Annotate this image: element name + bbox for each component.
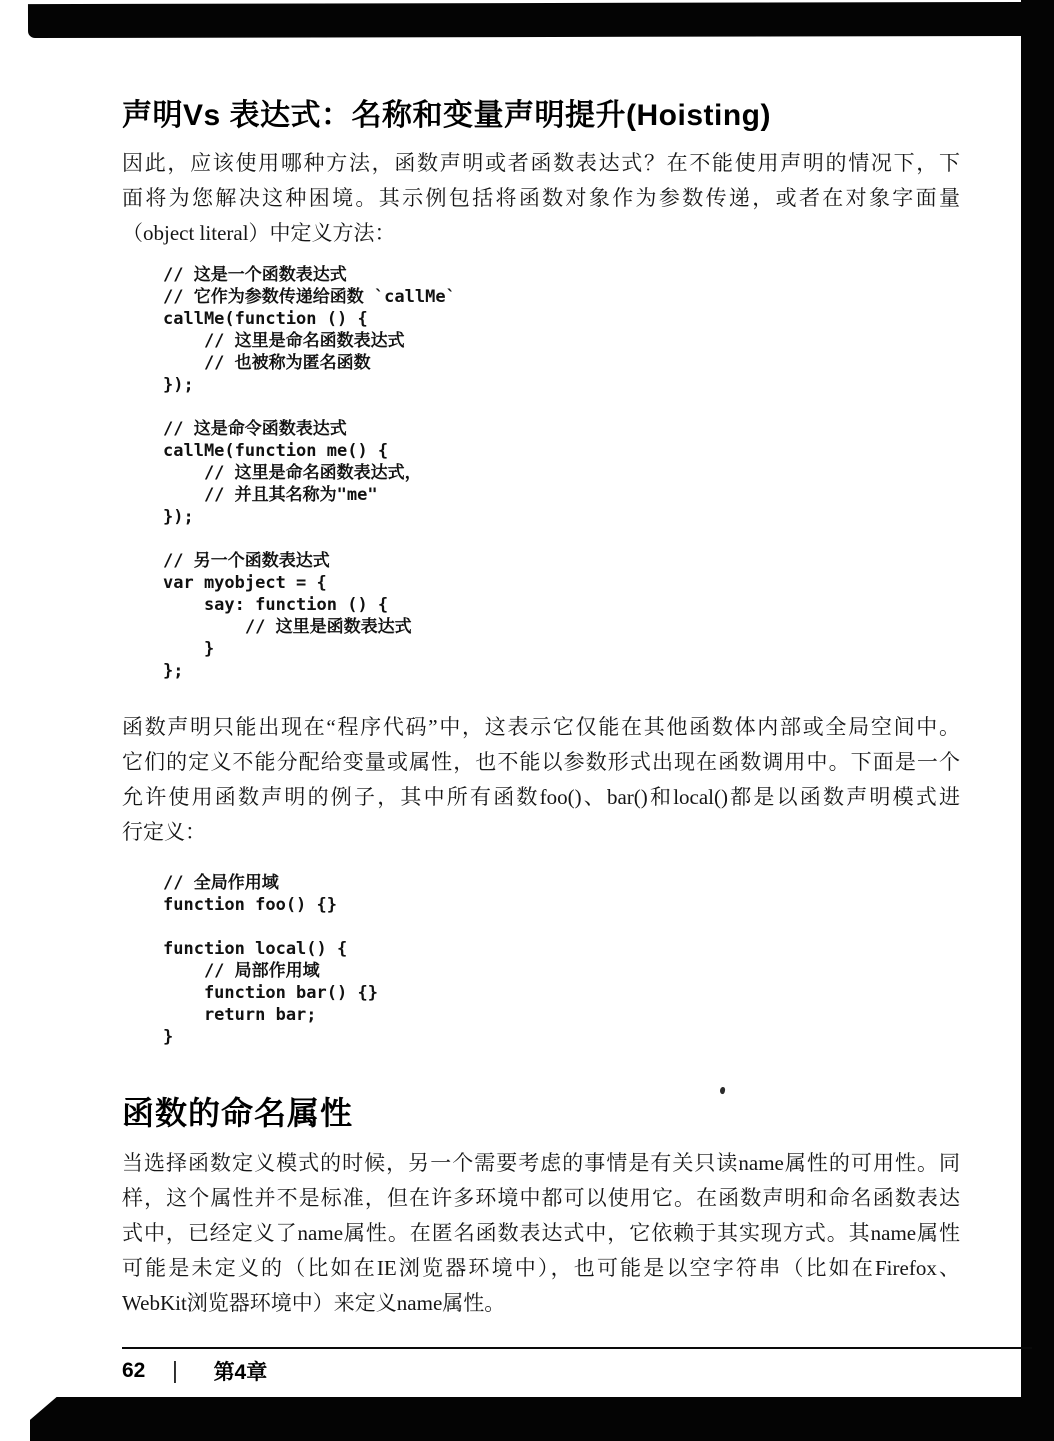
footer-divider: | xyxy=(172,1358,177,1384)
text-line: 当选择函数定义模式的时候，另一个需要考虑的事情是有关只读name属性的可用性。同 xyxy=(122,1146,960,1181)
text-line: 式中，已经定义了name属性。在匿名函数表达式中，它依赖于其实现方式。其name… xyxy=(122,1216,960,1251)
page-footer: 62 | 第4章 xyxy=(122,1356,267,1386)
code-block-function-declarations: // 全局作用域 function foo() {} function loca… xyxy=(163,872,378,1048)
section-heading-name-property: 函数的命名属性 xyxy=(122,1088,353,1134)
footer-rule xyxy=(122,1347,1032,1349)
scan-border-bottom xyxy=(30,1397,1054,1441)
text-line: WebKit浏览器环境中）来定义name属性。 xyxy=(122,1286,960,1321)
scan-border-top xyxy=(28,2,1054,38)
text-line: 它们的定义不能分配给变量或属性，也不能以参数形式出现在函数调用中。下面是一个 xyxy=(122,745,960,780)
code-block-function-expressions: // 这是一个函数表达式 // 它作为参数传递给函数 `callMe` call… xyxy=(163,264,456,682)
text-line: 允许使用函数声明的例子，其中所有函数foo()、bar()和local()都是以… xyxy=(122,780,960,815)
text-line: 因此，应该使用哪种方法，函数声明或者函数表达式？在不能使用声明的情况下，下 xyxy=(122,146,960,181)
body-paragraph-function-declarations: 函数声明只能出现在“程序代码”中，这表示它仅能在其他函数体内部或全局空间中。它们… xyxy=(122,710,960,850)
scan-border-right xyxy=(1021,0,1054,1441)
page-number: 62 xyxy=(122,1359,145,1383)
intro-paragraph: 因此，应该使用哪种方法，函数声明或者函数表达式？在不能使用声明的情况下，下面将为… xyxy=(122,146,960,251)
text-line: 函数声明只能出现在“程序代码”中，这表示它仅能在其他函数体内部或全局空间中。 xyxy=(122,710,960,745)
book-page: 声明Vs 表达式：名称和变量声明提升(Hoisting) 因此，应该使用哪种方法… xyxy=(0,0,1054,1441)
text-line: 行定义： xyxy=(122,815,960,850)
text-line: 可能是未定义的（比如在IE浏览器环境中），也可能是以空字符串（比如在Firefo… xyxy=(122,1251,960,1286)
text-line: 样，这个属性并不是标准，但在许多环境中都可以使用它。在函数声明和命名函数表达 xyxy=(122,1181,960,1216)
text-line: （object literal）中定义方法： xyxy=(122,216,960,251)
body-paragraph-name-property: 当选择函数定义模式的时候，另一个需要考虑的事情是有关只读name属性的可用性。同… xyxy=(122,1146,960,1321)
text-line: 面将为您解决这种困境。其示例包括将函数对象作为参数传递，或者在对象字面量 xyxy=(122,181,960,216)
section-heading-declarations-vs-expressions: 声明Vs 表达式：名称和变量声明提升(Hoisting) xyxy=(122,90,771,134)
scan-noise-dot xyxy=(719,1086,726,1094)
chapter-label: 第4章 xyxy=(214,1356,268,1386)
